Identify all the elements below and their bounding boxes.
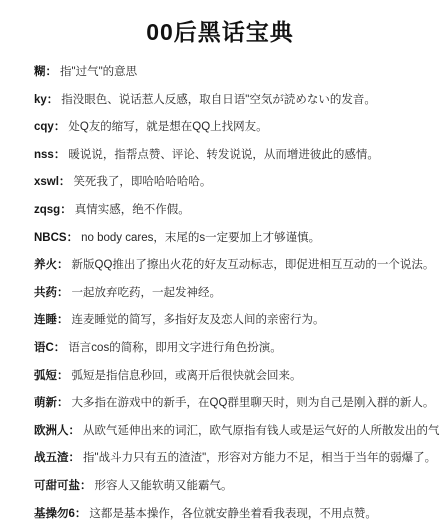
term-definition: 形容人又能软萌又能霸气。 (95, 480, 233, 492)
term-label: cqy： (34, 121, 65, 133)
term-definition: 语言cos的简称，即用文字进行角色扮演。 (68, 342, 281, 354)
list-item: 养火：新版QQ推出了擦出火花的好友互动标志，即促进相互互动的一个说法。 (34, 252, 434, 280)
term-label: 弧短： (34, 370, 69, 382)
list-item: NBCS：no body cares，末尾的s一定要加上才够谨慎。 (34, 225, 434, 253)
term-label: zqsg： (34, 204, 72, 216)
term-label: 萌新： (34, 397, 69, 409)
term-definition: 弧短是指信息秒回，或离开后很快就会回来。 (72, 370, 302, 382)
term-definition: 从欧气延伸出来的词汇，欧气原指有钱人或是运气好的人所散发出的气息。 (83, 425, 440, 437)
slang-list: 糊：指"过气"的意思ky：指没眼色、说话惹人反感，取自日语"空気が読めない的发音… (0, 59, 440, 525)
term-definition: 指没眼色、说话惹人反感，取自日语"空気が読めない的发音。 (61, 94, 376, 106)
term-definition: 处Q友的缩写，就是想在QQ上找网友。 (68, 121, 267, 133)
term-label: 战五渣： (34, 452, 80, 464)
term-definition: 连麦睡觉的简写，多指好友及恋人间的亲密行为。 (72, 314, 325, 326)
term-definition: 指"战斗力只有五的渣渣"，形容对方能力不足，相当于当年的弱爆了。 (83, 452, 436, 464)
term-label: 养火： (34, 259, 69, 271)
term-label: 基操勿6： (34, 508, 86, 520)
term-definition: 新版QQ推出了擦出火花的好友互动标志，即促进相互互动的一个说法。 (72, 259, 435, 271)
list-item: 语C：语言cos的简称，即用文字进行角色扮演。 (34, 335, 434, 363)
list-item: nss：暖说说，指帮点赞、评论、转发说说，从而增进彼此的感情。 (34, 142, 434, 170)
list-item: ky：指没眼色、说话惹人反感，取自日语"空気が読めない的发音。 (34, 87, 434, 115)
term-definition: 这都是基本操作，各位就安静坐着看我表现，不用点赞。 (89, 508, 377, 520)
list-item: 萌新：大多指在游戏中的新手，在QQ群里聊天时，则为自己是刚入群的新人。 (34, 390, 434, 418)
term-label: 欧洲人： (34, 425, 80, 437)
list-item: 糊：指"过气"的意思 (34, 59, 434, 87)
term-definition: 一起放弃吃药，一起发神经。 (72, 287, 222, 299)
list-item: 弧短：弧短是指信息秒回，或离开后很快就会回来。 (34, 363, 434, 391)
term-definition: 暖说说，指帮点赞、评论、转发说说，从而增进彼此的感情。 (68, 149, 379, 161)
term-label: NBCS： (34, 232, 78, 244)
list-item: 基操勿6：这都是基本操作，各位就安静坐着看我表现，不用点赞。 (34, 501, 434, 525)
term-label: 糊： (34, 66, 57, 78)
term-label: 连睡： (34, 314, 69, 326)
list-item: 连睡：连麦睡觉的简写，多指好友及恋人间的亲密行为。 (34, 307, 434, 335)
term-label: 可甜可盐： (34, 480, 92, 492)
term-label: ky： (34, 94, 58, 106)
term-label: xswl： (34, 176, 70, 188)
term-definition: 指"过气"的意思 (60, 66, 137, 78)
term-definition: 大多指在游戏中的新手，在QQ群里聊天时，则为自己是刚入群的新人。 (72, 397, 435, 409)
page-title: 00后黑话宝典 (0, 0, 440, 47)
list-item: zqsg：真情实感，绝不作假。 (34, 197, 434, 225)
list-item: xswl：笑死我了，即哈哈哈哈哈。 (34, 169, 434, 197)
document-page: 00后黑话宝典 糊：指"过气"的意思ky：指没眼色、说话惹人反感，取自日语"空気… (0, 0, 440, 525)
list-item: 战五渣：指"战斗力只有五的渣渣"，形容对方能力不足，相当于当年的弱爆了。 (34, 445, 434, 473)
list-item: 共药：一起放弃吃药，一起发神经。 (34, 280, 434, 308)
term-label: nss： (34, 149, 65, 161)
term-definition: 笑死我了，即哈哈哈哈哈。 (73, 176, 211, 188)
list-item: 欧洲人：从欧气延伸出来的词汇，欧气原指有钱人或是运气好的人所散发出的气息。 (34, 418, 434, 446)
list-item: 可甜可盐：形容人又能软萌又能霸气。 (34, 473, 434, 501)
term-label: 共药： (34, 287, 69, 299)
term-label: 语C： (34, 342, 65, 354)
term-definition: no body cares，末尾的s一定要加上才够谨慎。 (81, 232, 320, 244)
list-item: cqy：处Q友的缩写，就是想在QQ上找网友。 (34, 114, 434, 142)
term-definition: 真情实感，绝不作假。 (75, 204, 190, 216)
